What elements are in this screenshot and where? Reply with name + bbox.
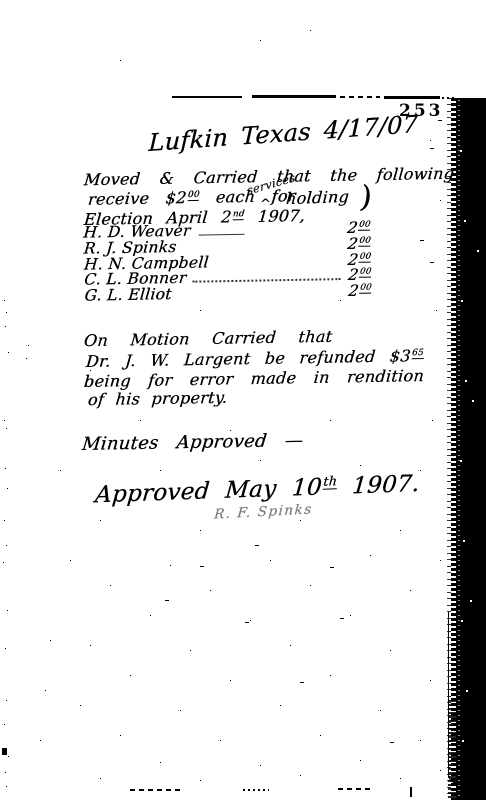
- cents-superscript: 00: [358, 219, 371, 230]
- scanned-minutes-page: 253 Lufkin Texas 4/17/07 Moved & Carried…: [0, 0, 486, 800]
- cents-superscript: 65: [412, 348, 425, 359]
- motion1-line2-pre: receive $2: [87, 188, 187, 209]
- cents-superscript: 00: [359, 283, 372, 294]
- binding-noise: [458, 100, 460, 796]
- payee-amount: 200: [347, 282, 384, 301]
- cents-superscript: 00: [359, 267, 372, 278]
- cents-superscript: 00: [187, 190, 200, 201]
- payee-name: G. L. Elliot: [84, 285, 173, 305]
- top-rule-segment: [172, 96, 242, 98]
- approval-line: Approved May 10th 1907.: [94, 470, 421, 508]
- payee-list: H. D. Weaver 200 R. J. Spinks 200 H. N. …: [83, 218, 382, 302]
- top-rule-segment: [384, 96, 440, 99]
- cents-superscript: 00: [359, 251, 372, 262]
- signature: R. F. Spinks: [213, 501, 313, 522]
- bottom-rule-tick: [410, 787, 412, 797]
- bottom-rule-segment: [338, 788, 370, 790]
- approval-post: 1907.: [351, 471, 421, 499]
- top-rule-segment: [252, 95, 336, 98]
- bottom-rule-segment: [243, 789, 269, 791]
- top-rule-segment: [340, 96, 380, 98]
- scan-noise: [2, 748, 7, 755]
- motion2-line1: On Motion Carried that: [83, 327, 333, 350]
- motion2-line4: of his property.: [87, 388, 228, 409]
- dateline: Lufkin Texas 4/17/07: [148, 110, 419, 157]
- book-binding-shadow: [456, 98, 486, 800]
- scan-noise: [0, 0, 4, 1]
- bottom-rule-segment: [130, 789, 182, 791]
- motion1-line2-end: holding: [285, 187, 349, 208]
- minutes-approved-line: Minutes Approved —: [81, 430, 304, 455]
- flourish-paren: ): [358, 179, 375, 215]
- ordinal-superscript: th: [323, 473, 338, 490]
- binding-ragged-edge: [448, 700, 456, 800]
- leader-line: [199, 234, 245, 236]
- cents-superscript: 00: [358, 235, 371, 246]
- ordinal-superscript: nd: [232, 209, 245, 220]
